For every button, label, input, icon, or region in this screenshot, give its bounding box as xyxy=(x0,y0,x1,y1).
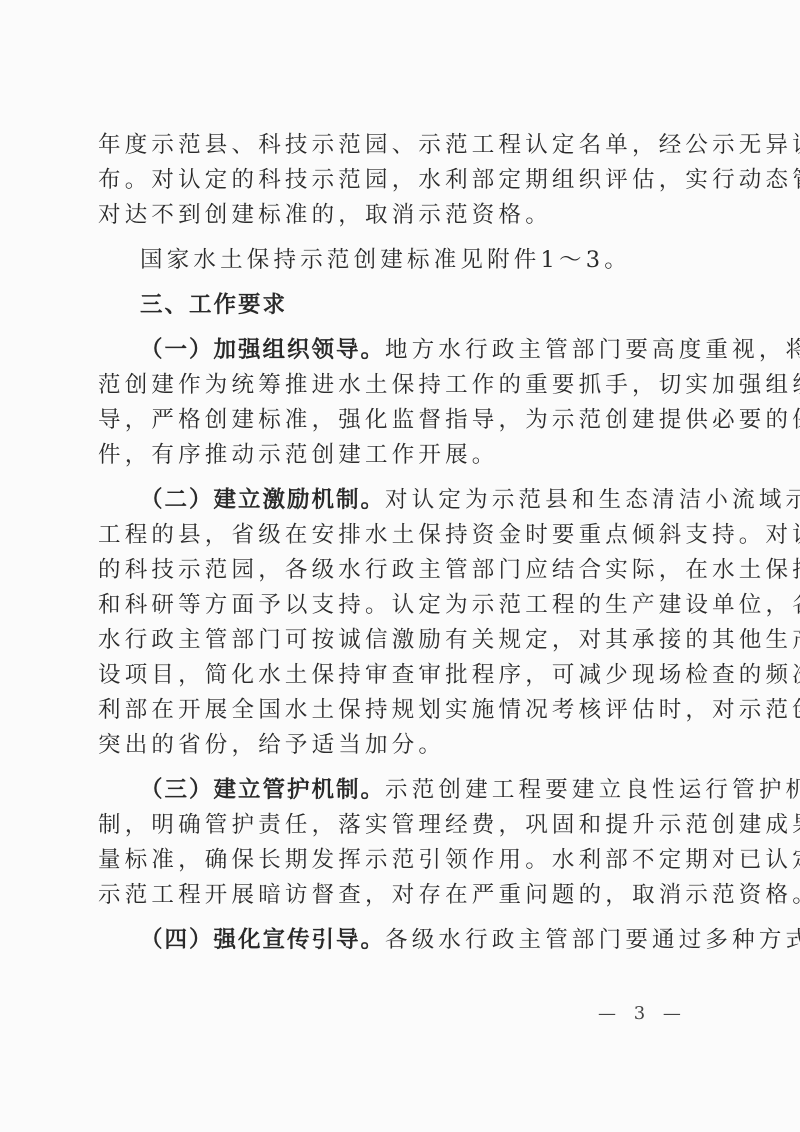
body-text-line: 导，严格创建标准，强化监督指导，为示范创建提供必要的保障条 xyxy=(98,403,703,438)
document-page: 年度示范县、科技示范园、示范工程认定名单，经公示无异议后公 布。对认定的科技示范… xyxy=(98,128,703,958)
body-text-line: 布。对认定的科技示范园，水利部定期组织评估，实行动态管理， xyxy=(98,163,703,198)
body-text-line: 突出的省份，给予适当加分。 xyxy=(98,728,703,763)
item-text: 示范创建工程要建立良性运行管护机 xyxy=(385,777,800,803)
body-text-line: 范创建作为统筹推进水土保持工作的重要抓手，切实加强组织领 xyxy=(98,368,703,403)
body-text-line: 设项目，简化水土保持审查审批程序，可减少现场检查的频次。水 xyxy=(98,658,703,693)
body-text-line: 量标准，确保长期发挥示范引领作用。水利部不定期对已认定的 xyxy=(98,843,703,878)
section-heading: 三、工作要求 xyxy=(98,288,703,323)
standards-note: 国家水土保持示范创建标准见附件1～3。 xyxy=(98,243,703,278)
body-text-line: 和科研等方面予以支持。认定为示范工程的生产建设单位，各级 xyxy=(98,588,703,623)
item-first-line: （一）加强组织领导。地方水行政主管部门要高度重视，将示 xyxy=(98,333,703,368)
item-first-line: （二）建立激励机制。对认定为示范县和生态清洁小流域示范 xyxy=(98,483,703,518)
body-text-line: 的科技示范园，各级水行政主管部门应结合实际，在水土保持监测 xyxy=(98,553,703,588)
item-text: 地方水行政主管部门要高度重视，将示 xyxy=(385,337,800,363)
item-lead: （一）加强组织领导。 xyxy=(140,337,385,363)
body-text-line: 对达不到创建标准的，取消示范资格。 xyxy=(98,198,703,233)
item-lead: （二）建立激励机制。 xyxy=(140,487,385,513)
body-text-line: 示范工程开展暗访督查，对存在严重问题的，取消示范资格。 xyxy=(98,878,703,913)
body-text-line: 工程的县，省级在安排水土保持资金时要重点倾斜支持。对认定 xyxy=(98,518,703,553)
item-text: 各级水行政主管部门要通过多种方式广 xyxy=(385,927,800,953)
body-text-line: 制，明确管护责任，落实管理经费，巩固和提升示范创建成果的质 xyxy=(98,808,703,843)
item-lead: （三）建立管护机制。 xyxy=(140,777,385,803)
body-text-line: 件，有序推动示范创建工作开展。 xyxy=(98,438,703,473)
item-lead: （四）强化宣传引导。 xyxy=(140,927,385,953)
body-text-line: 水行政主管部门可按诚信激励有关规定，对其承接的其他生产建 xyxy=(98,623,703,658)
item-first-line: （四）强化宣传引导。各级水行政主管部门要通过多种方式广 xyxy=(98,923,703,958)
item-text: 对认定为示范县和生态清洁小流域示范 xyxy=(385,487,800,513)
body-text-line: 利部在开展全国水土保持规划实施情况考核评估时，对示范创建 xyxy=(98,693,703,728)
item-first-line: （三）建立管护机制。示范创建工程要建立良性运行管护机 xyxy=(98,773,703,808)
page-number: — 3 — xyxy=(598,1003,687,1024)
body-text-line: 年度示范县、科技示范园、示范工程认定名单，经公示无异议后公 xyxy=(98,128,703,163)
